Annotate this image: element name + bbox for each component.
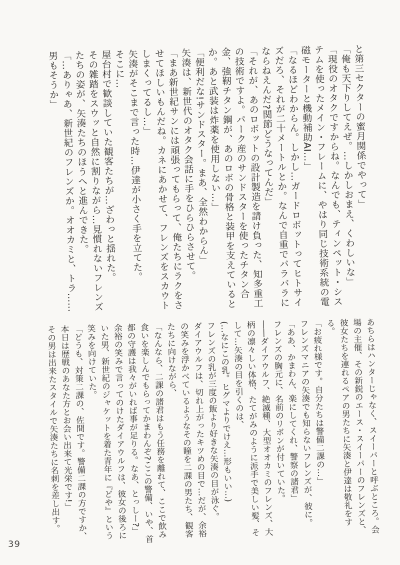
novel-page: と第三セクターの蜜月関係でやって」 「俺も天下りしてえぜ。…しかしおまえ、くわし…	[0, 0, 400, 565]
page-number: 39	[8, 540, 20, 550]
upper-line: 「まあ新世紀サンには頑張ってもらって、俺たちにラクをさせてほしいもんだね。カネに…	[138, 48, 184, 311]
lower-line: あちらはハンターじゃなく、スイーパーと呼ぶところ。会場の主催、その新鋭のエース・…	[323, 318, 381, 541]
page-text-area: と第三セクターの蜜月関係でやって」 「俺も天下りしてえぜ。…しかしおまえ、くわし…	[38, 44, 375, 547]
lower-text-block: あちらはハンターじゃなく、スイーパーと呼ぶところ。会場の主催、その新鋭のエース・…	[44, 318, 381, 547]
upper-text-block: と第三セクターの蜜月関係でやって」 「俺も天下りしてえぜ。…しかしおまえ、くわし…	[45, 44, 370, 313]
lower-line: ――ダイアウルフ、絶滅種、大型オオカミのフレンズ、大柄の凛々しい体格、たてがみの…	[230, 320, 275, 543]
upper-line: 「それが、あのロボットの設計製造を請け負った、知多重工の技術ですよ。パーク産のサ…	[204, 46, 263, 309]
upper-line: 「現役のオタクですからね。なんでも、ティンペット・システムを使ったメイン・フレー…	[298, 45, 344, 308]
lower-line: 「なんなら、二課の諸君はもう任務を離れて、ここで飲み食いを楽しんでもらってかまわ…	[124, 323, 169, 546]
lower-line: ダイアウルフは、切れ上がったキツめの目で…だが、余裕の笑みを浮かべているようなそ…	[164, 322, 209, 545]
upper-line: 「なるほどわからん。しかし…ガードロボットってヒトサイズだろ、それが二十メートル…	[258, 46, 304, 309]
lower-line: 余裕の笑みで言ってのけたダイアウルフは、彼女の後ろにいた男、新世紀のジャケットを…	[84, 324, 129, 547]
lower-line: 「どうも、対策二課の、佐間です。警備二課の方ですか、本日は歴戦のあなた方とお会い…	[58, 324, 90, 547]
